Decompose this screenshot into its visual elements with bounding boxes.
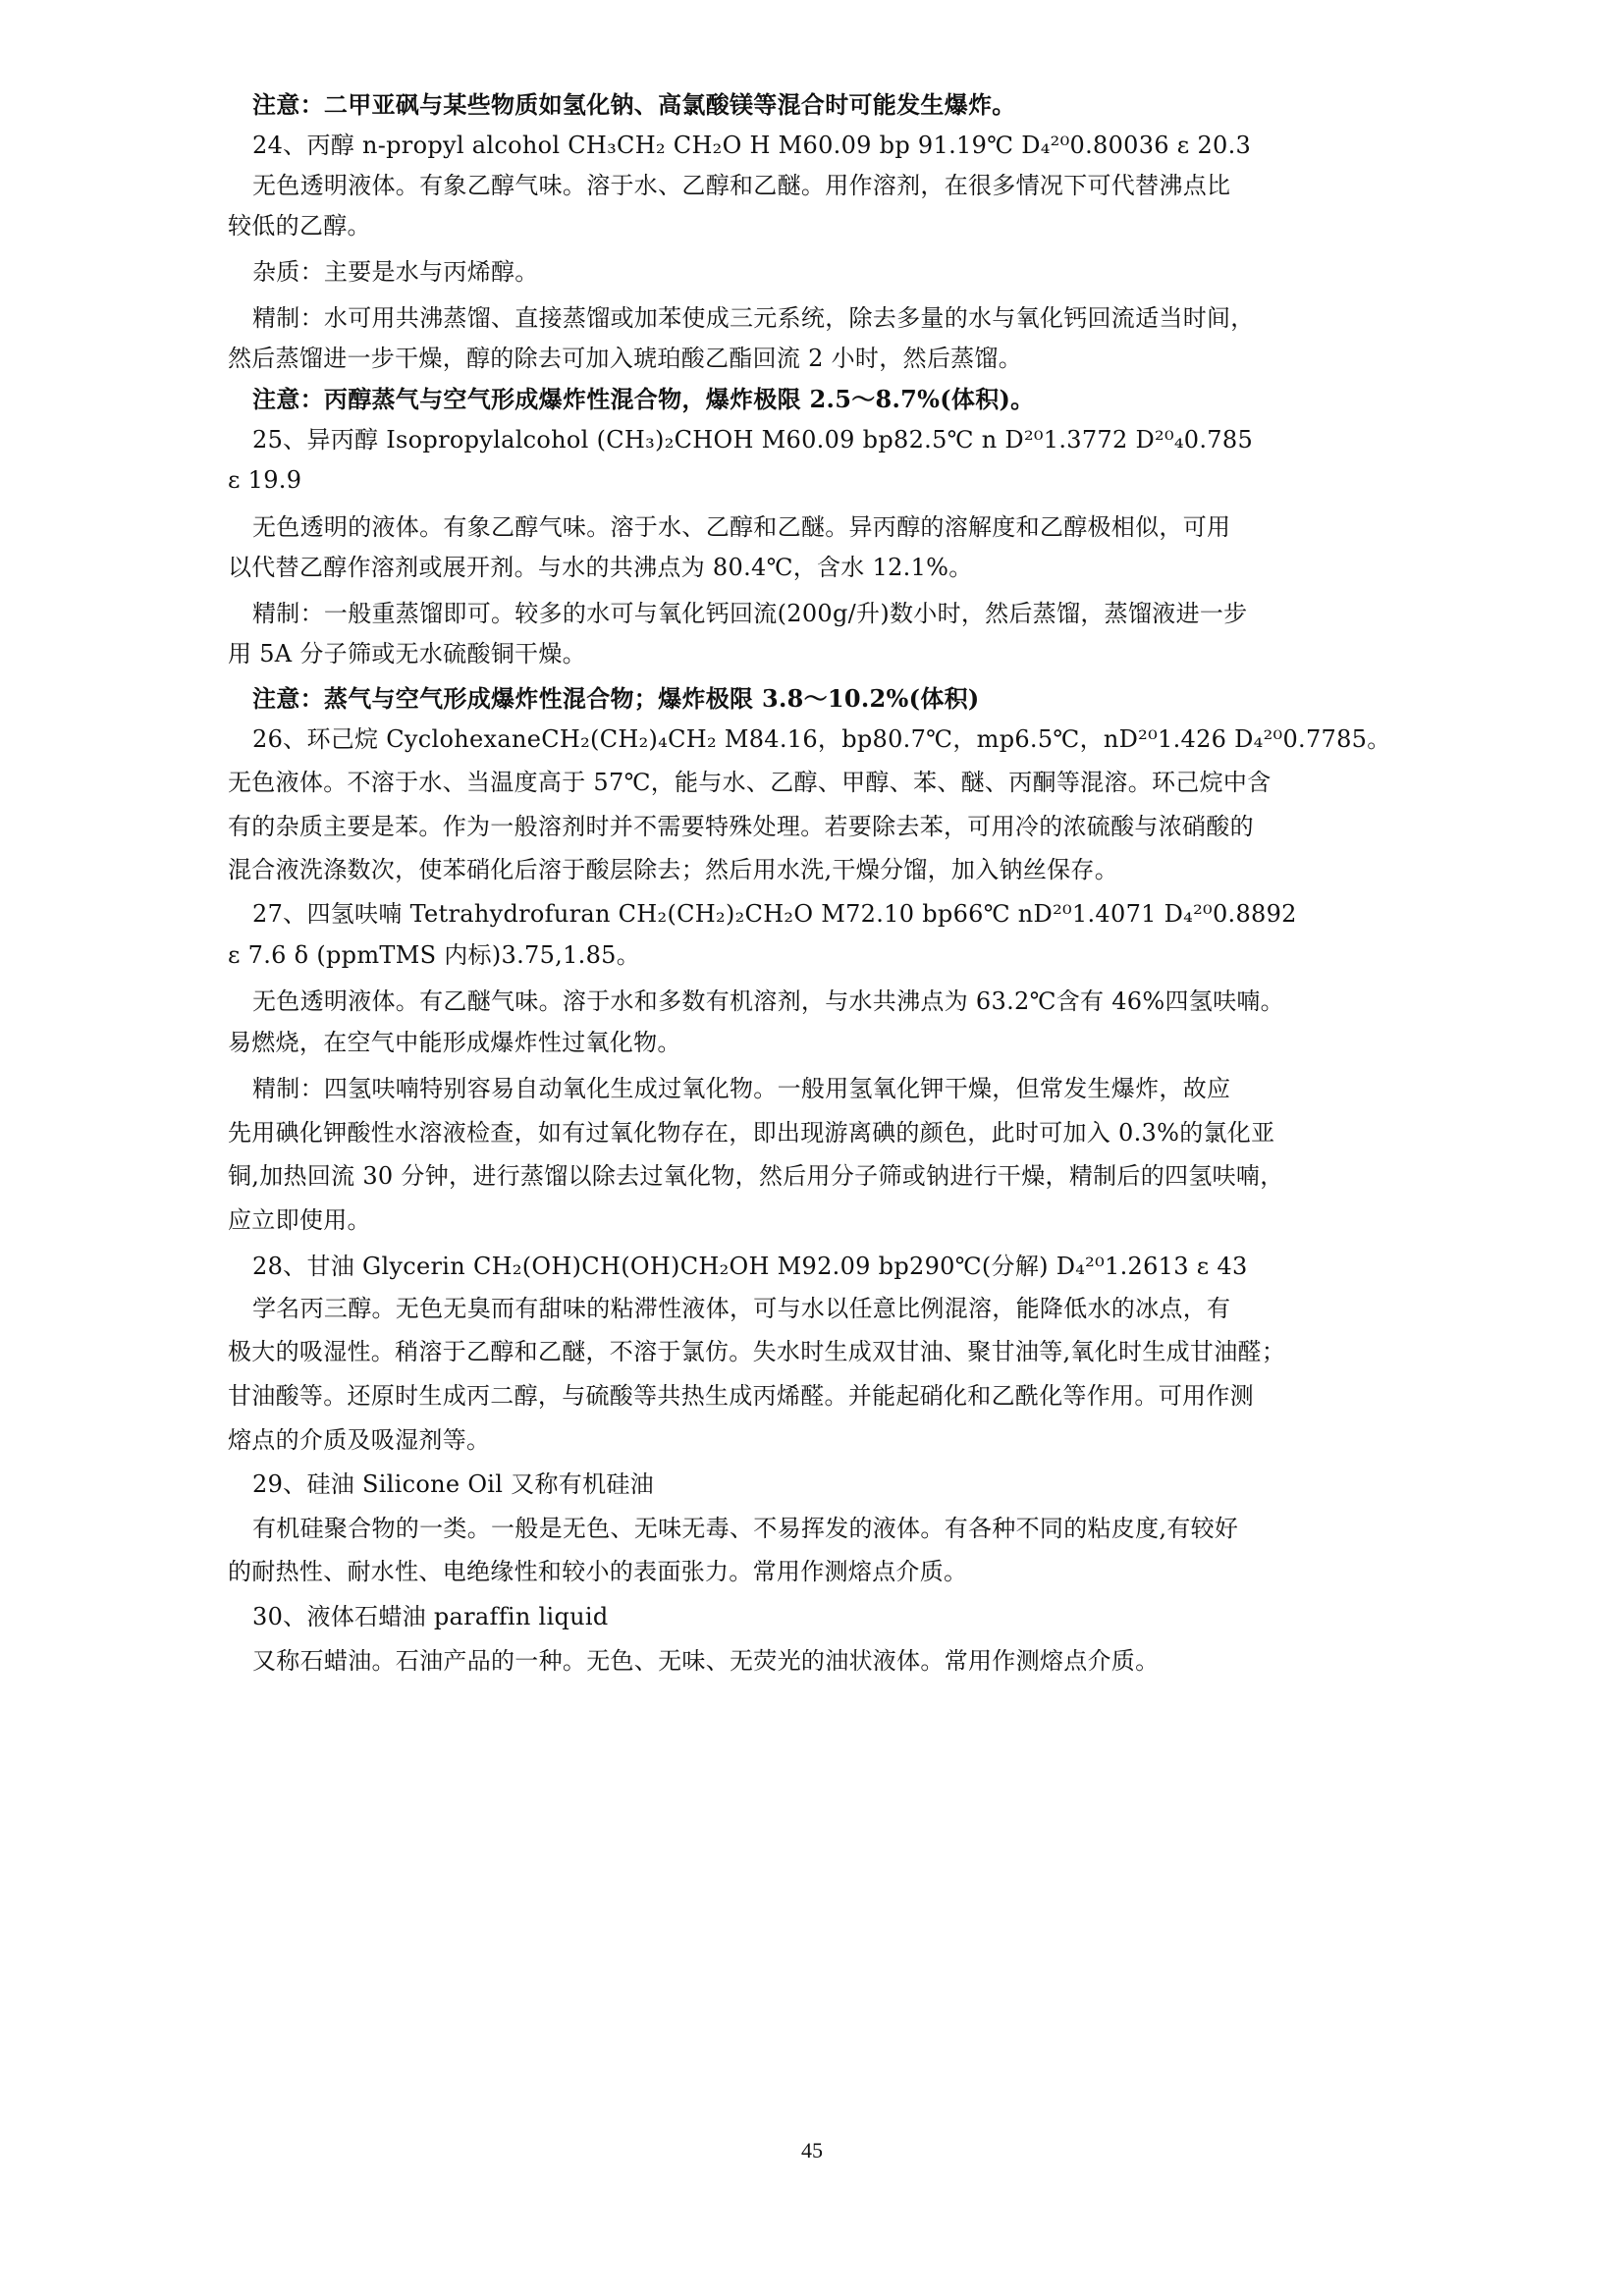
entry-27-header-thf: 27、四氢呋喃 Tetrahydrofuran CH₂(CH₂)₂CH₂O M7… xyxy=(228,899,1429,929)
entry-24-description: 无色透明液体。有象乙醇气味。溶于水、乙醇和乙醚。用作溶剂，在很多情况下可代替沸点… xyxy=(228,171,1429,200)
entry-27-description: 无色透明液体。有乙醚气味。溶于水和多数有机溶剂，与水共沸点为 63.2℃含有 4… xyxy=(228,987,1429,1016)
entry-27-purification-cont-2: 铜,加热回流 30 分钟，进行蒸馏以除去过氧化物，然后用分子筛或钠进行干燥，精制… xyxy=(228,1161,1404,1191)
entry-29-description: 有机硅聚合物的一类。一般是无色、无味无毒、不易挥发的液体。有各种不同的粘皮度,有… xyxy=(228,1514,1429,1543)
entry-24-purification-cont: 然后蒸馏进一步干燥，醇的除去可加入琥珀酸乙酯回流 2 小时，然后蒸馏。 xyxy=(228,344,1404,373)
entry-25-purification: 精制：一般重蒸馏即可。较多的水可与氧化钙回流(200g/升)数小时，然后蒸馏，蒸… xyxy=(228,599,1429,628)
entry-28-description-cont-2: 甘油酸等。还原时生成丙二醇，与硫酸等共热生成丙烯醛。并能起硝化和乙酰化等作用。可… xyxy=(228,1381,1404,1411)
warning-dmso-explosion: 注意：二甲亚砜与某些物质如氢化钠、高氯酸镁等混合时可能发生爆炸。 xyxy=(228,90,1429,120)
entry-28-header-glycerin: 28、甘油 Glycerin CH₂(OH)CH(OH)CH₂OH M92.09… xyxy=(228,1252,1429,1281)
entry-27-purification: 精制：四氢呋喃特别容易自动氧化生成过氧化物。一般用氢氧化钾干燥，但常发生爆炸，故… xyxy=(228,1074,1429,1103)
entry-24-impurities: 杂质：主要是水与丙烯醇。 xyxy=(228,257,1429,287)
entry-28-description-cont-1: 极大的吸湿性。稍溶于乙醇和乙醚，不溶于氯仿。失水时生成双甘油、聚甘油等,氧化时生… xyxy=(228,1337,1404,1366)
page-number: 45 xyxy=(0,2138,1624,2163)
entry-30-description: 又称石蜡油。石油产品的一种。无色、无味、无荧光的油状液体。常用作测熔点介质。 xyxy=(228,1646,1429,1676)
entry-25-description: 无色透明的液体。有象乙醇气味。溶于水、乙醇和乙醚。异丙醇的溶解度和乙醇极相似，可… xyxy=(228,512,1429,542)
entry-26-description-cont-1: 有的杂质主要是苯。作为一般溶剂时并不需要特殊处理。若要除去苯，可用冷的浓硫酸与浓… xyxy=(228,812,1404,841)
entry-29-description-cont: 的耐热性、耐水性、电绝缘性和较小的表面张力。常用作测熔点介质。 xyxy=(228,1557,1404,1586)
entry-25-warning: 注意：蒸气与空气形成爆炸性混合物；爆炸极限 3.8～10.2%(体积) xyxy=(228,684,1429,714)
entry-25-header-cont: ε 19.9 xyxy=(228,465,1404,495)
entry-25-purification-cont: 用 5A 分子筛或无水硫酸铜干燥。 xyxy=(228,639,1404,668)
entry-28-description-cont-3: 熔点的介质及吸湿剂等。 xyxy=(228,1425,1404,1455)
entry-26-header-cyclohexane: 26、环己烷 CyclohexaneCH₂(CH₂)₄CH₂ M84.16，bp… xyxy=(228,724,1429,754)
entry-28-description: 学名丙三醇。无色无臭而有甜味的粘滞性液体，可与水以任意比例混溶，能降低水的冰点，… xyxy=(228,1294,1429,1323)
entry-24-description-cont: 较低的乙醇。 xyxy=(228,211,1404,240)
entry-26-description-cont-2: 混合液洗涤数次，使苯硝化后溶于酸层除去；然后用水洗,干燥分馏，加入钠丝保存。 xyxy=(228,855,1404,884)
entry-24-warning: 注意：丙醇蒸气与空气形成爆炸性混合物，爆炸极限 2.5～8.7%(体积)。 xyxy=(228,385,1429,414)
entry-29-header-silicone-oil: 29、硅油 Silicone Oil 又称有机硅油 xyxy=(228,1469,1429,1499)
entry-25-description-cont: 以代替乙醇作溶剂或展开剂。与水的共沸点为 80.4℃，含水 12.1%。 xyxy=(228,553,1404,582)
entry-27-purification-cont-1: 先用碘化钾酸性水溶液检查，如有过氧化物存在，即出现游离碘的颜色，此时可加入 0.… xyxy=(228,1118,1404,1148)
entry-26-description: 无色液体。不溶于水、当温度高于 57℃，能与水、乙醇、甲醇、苯、醚、丙酮等混溶。… xyxy=(228,768,1404,797)
entry-27-description-cont: 易燃烧，在空气中能形成爆炸性过氧化物。 xyxy=(228,1028,1404,1057)
entry-27-purification-cont-3: 应立即使用。 xyxy=(228,1205,1404,1235)
entry-24-purification: 精制：水可用共沸蒸馏、直接蒸馏或加苯使成三元系统，除去多量的水与氧化钙回流适当时… xyxy=(228,303,1429,333)
entry-24-header-n-propyl-alcohol: 24、丙醇 n-propyl alcohol CH₃CH₂ CH₂O H M60… xyxy=(228,131,1429,160)
entry-25-header-isopropanol: 25、异丙醇 Isopropylalcohol (CH₃)₂CHOH M60.0… xyxy=(228,425,1429,454)
entry-27-header-cont: ε 7.6 δ (ppmTMS 内标)3.75,1.85。 xyxy=(228,940,1404,970)
entry-30-header-paraffin-liquid: 30、液体石蜡油 paraffin liquid xyxy=(228,1602,1429,1631)
